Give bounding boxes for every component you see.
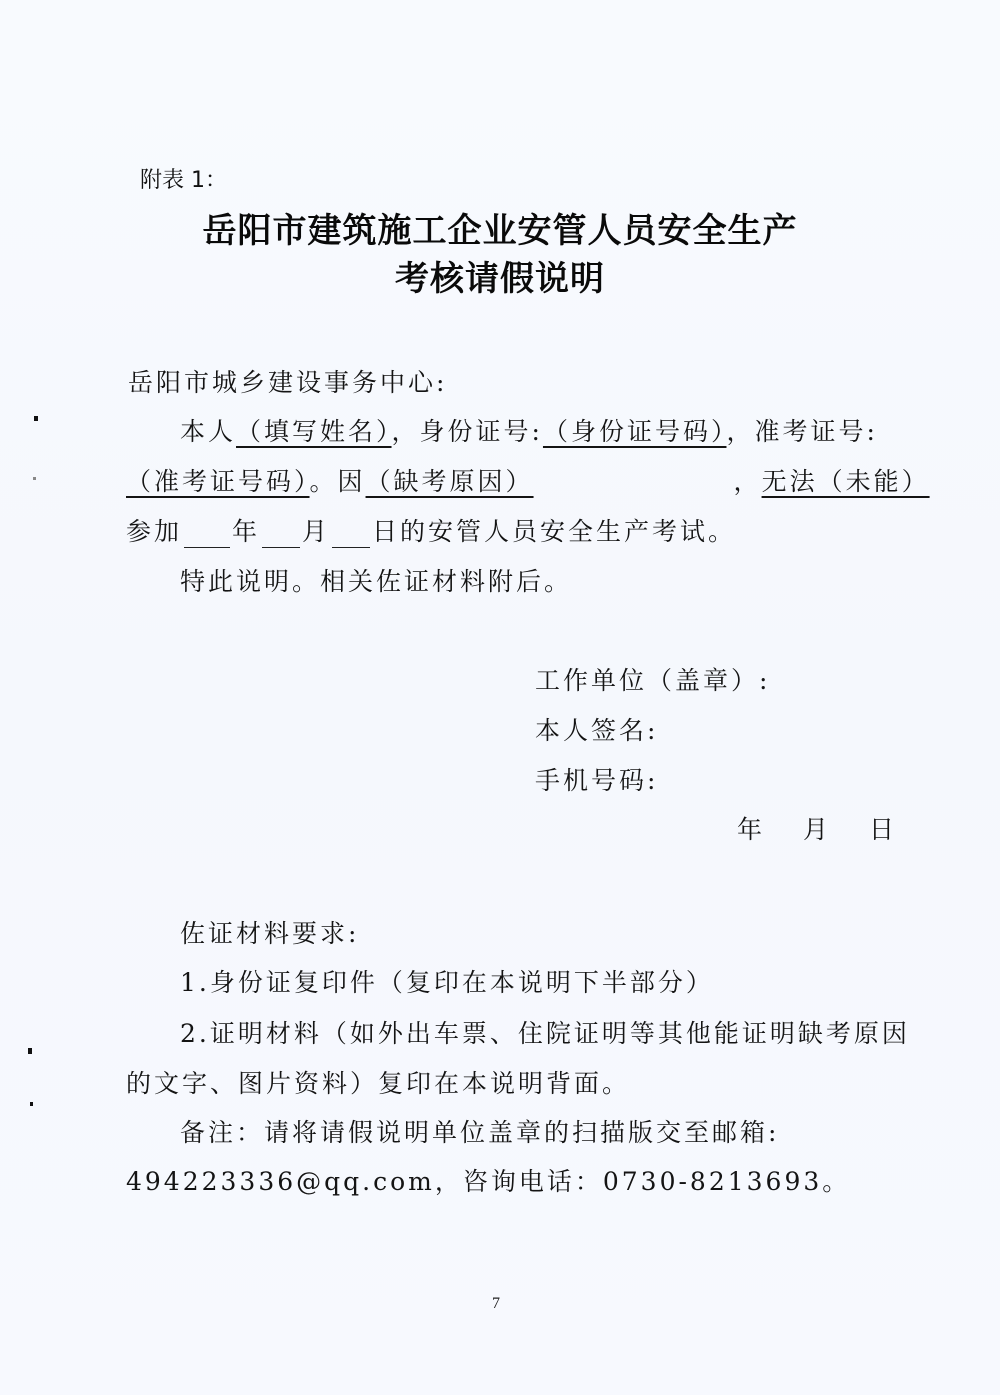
name-field[interactable]: （填写姓名）: [236, 417, 392, 446]
page-number: 7: [492, 1295, 500, 1313]
ticket-label: ，准考证号:: [726, 417, 877, 446]
reason-label: 。因: [310, 467, 366, 496]
scan-speck: [28, 1048, 32, 1054]
statement-line1: 本人（填写姓名），身份证号:（身份证号码），准考证号:: [180, 412, 878, 448]
date-line: 年 月 日: [737, 810, 902, 846]
requirements-heading: 佐证材料要求:: [180, 914, 359, 950]
unable-text: 无法（未能）: [762, 467, 930, 496]
requirement-item-2-cont: 的文字、图片资料）复印在本说明背面。: [126, 1064, 630, 1100]
day-blank[interactable]: [332, 521, 370, 548]
note-line1: 备注：请将请假说明单位盖章的扫描版交至邮箱:: [180, 1113, 779, 1149]
document-page: 附表 1： 岳阳市建筑施工企业安管人员安全生产 考核请假说明 岳阳市城乡建设事务…: [0, 0, 1000, 1395]
addressee: 岳阳市城乡建设事务中心:: [128, 363, 447, 399]
phone-label: 手机号码:: [535, 761, 658, 797]
id-number-field[interactable]: （身份证号码）: [543, 417, 727, 446]
month-label: 月: [302, 517, 330, 546]
ticket-number-field[interactable]: （准考证号码）: [126, 467, 310, 496]
scan-speck: [34, 416, 38, 421]
requirement-item-2: 2.证明材料（如外出车票、住院证明等其他能证明缺考原因: [180, 1014, 910, 1050]
statement-line3: 参加年月日的安管人员安全生产考试。: [126, 512, 736, 548]
reason-field[interactable]: （缺考原因）: [366, 467, 734, 496]
month-blank[interactable]: [262, 521, 300, 548]
join-prefix: 参加: [126, 517, 182, 546]
id-label: ，身份证号:: [392, 417, 543, 446]
signer-label: 本人签名:: [535, 711, 658, 747]
year-label: 年: [232, 517, 260, 546]
day-label-exam: 日的安管人员安全生产考试。: [372, 517, 736, 546]
self-prefix: 本人: [180, 417, 236, 446]
statement-line2: （准考证号码）。因（缺考原因），无法（未能）: [126, 462, 930, 498]
year-blank[interactable]: [184, 521, 230, 548]
annex-label: 附表 1：: [140, 163, 227, 194]
document-title-line2: 考核请假说明: [0, 251, 1000, 300]
note-line2: 494223336@qq.com，咨询电话：0730-8213693。: [126, 1162, 850, 1198]
requirement-item-1: 1.身份证复印件（复印在本说明下半部分）: [180, 963, 714, 999]
scan-speck: [33, 477, 36, 480]
scan-speck: [30, 1102, 33, 1106]
document-title-line1: 岳阳市建筑施工企业安管人员安全生产: [0, 203, 1000, 252]
work-unit-label: 工作单位（盖章）:: [535, 661, 770, 697]
comma: ，: [734, 467, 762, 496]
closing-statement: 特此说明。相关佐证材料附后。: [180, 562, 572, 598]
